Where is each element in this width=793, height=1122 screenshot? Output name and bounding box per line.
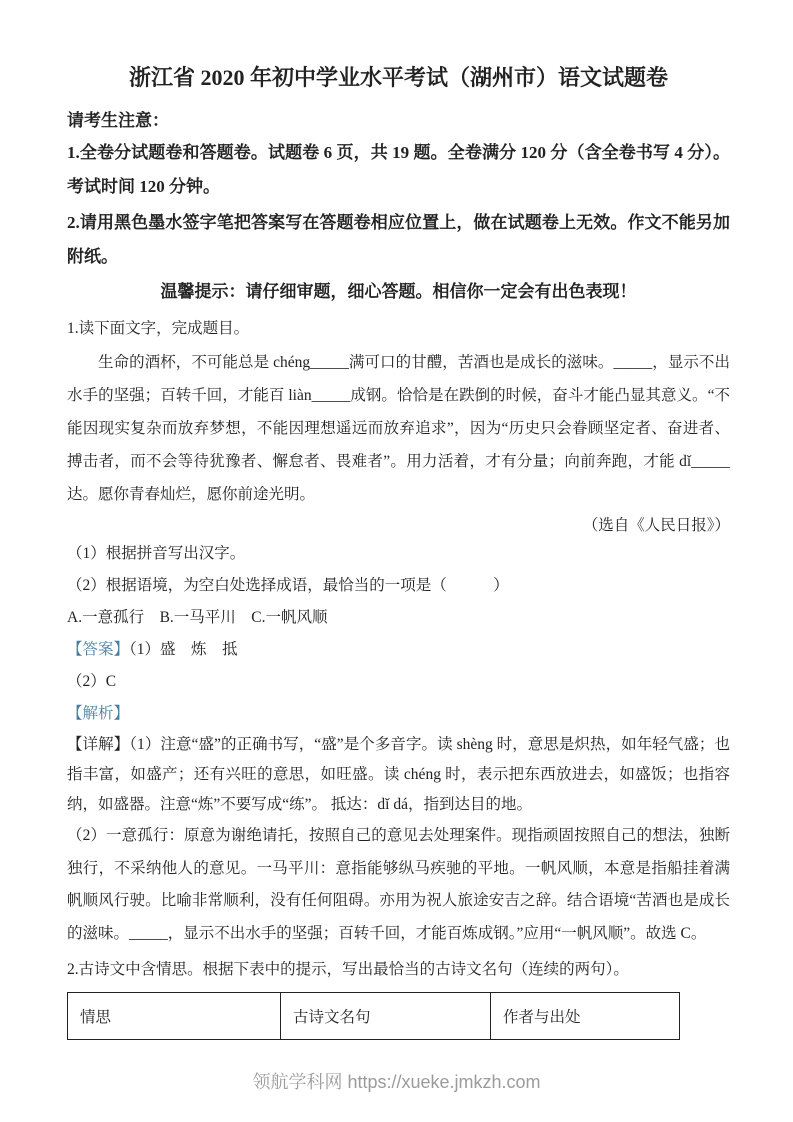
q1-detail-2: （2）一意孤行：原意为谢绝请托，按照自己的意见去处理案件。现指顽固按照自己的想法… [67, 820, 730, 950]
q2-stem: 2.古诗文中含情思。根据下表中的提示，写出最恰当的古诗文名句（连续的两句）。 [67, 956, 730, 984]
q1-answer-1: （1）盛 炼 抵 [129, 641, 238, 658]
q1-detail-1: 【详解】（1）注意“盛”的正确书写，“盛”是个多音字。读 shèng 时，意思是… [67, 730, 730, 820]
q1-answer-line: 【答案】（1）盛 炼 抵 [67, 634, 730, 666]
detail-label: 【详解】 [67, 736, 129, 753]
q1-sub-question-1: （1）根据拼音写出汉字。 [67, 538, 730, 570]
watermark-footer: 领航学科网 https://xueke.jmkzh.com [0, 1068, 793, 1094]
q1-stem: 1.读下面文字，完成题目。 [67, 316, 730, 342]
page-title: 浙江省 2020 年初中学业水平考试（湖州市）语文试题卷 [67, 0, 730, 94]
q1-passage: 生命的酒杯，不可能总是 chéng_____满可口的甘醴，苦酒也是成长的滋味。_… [67, 346, 730, 511]
q1-answer-2: （2）C [67, 666, 730, 698]
q1-options: A.一意孤行 B.一马平川 C.一帆风顺 [67, 602, 730, 634]
q2-table-header-row: 情思 古诗文名句 作者与出处 [68, 993, 680, 1040]
analysis-label: 【解析】 [67, 698, 730, 730]
answer-label: 【答案】 [67, 641, 129, 658]
notice-item-1: 1.全卷分试题卷和答题卷。试题卷 6 页，共 19 题。全卷满分 120 分（含… [67, 136, 730, 204]
notice-item-2: 2.请用黑色墨水签字笔把答案写在答题卷相应位置上，做在试题卷上无效。作文不能另加… [67, 206, 730, 274]
q2-col-header-emotion: 情思 [68, 993, 281, 1040]
q2-table: 情思 古诗文名句 作者与出处 [67, 992, 680, 1040]
notice-tip: 温馨提示：请仔细审题，细心答题。相信你一定会有出色表现！ [67, 278, 730, 306]
q2-col-header-quote: 古诗文名句 [281, 993, 491, 1040]
notice-heading: 请考生注意： [67, 108, 730, 134]
q1-sub-question-2: （2）根据语境，为空白处选择成语，最恰当的一项是（ ） [67, 570, 730, 602]
q2-col-header-author: 作者与出处 [491, 993, 680, 1040]
exam-paper-page: 浙江省 2020 年初中学业水平考试（湖州市）语文试题卷 请考生注意： 1.全卷… [0, 0, 793, 1122]
q1-detail-1-text: （1）注意“盛”的正确书写，“盛”是个多音字。读 shèng 时，意思是炽热，如… [67, 736, 730, 813]
q1-source: （选自《人民日报》） [67, 513, 730, 538]
